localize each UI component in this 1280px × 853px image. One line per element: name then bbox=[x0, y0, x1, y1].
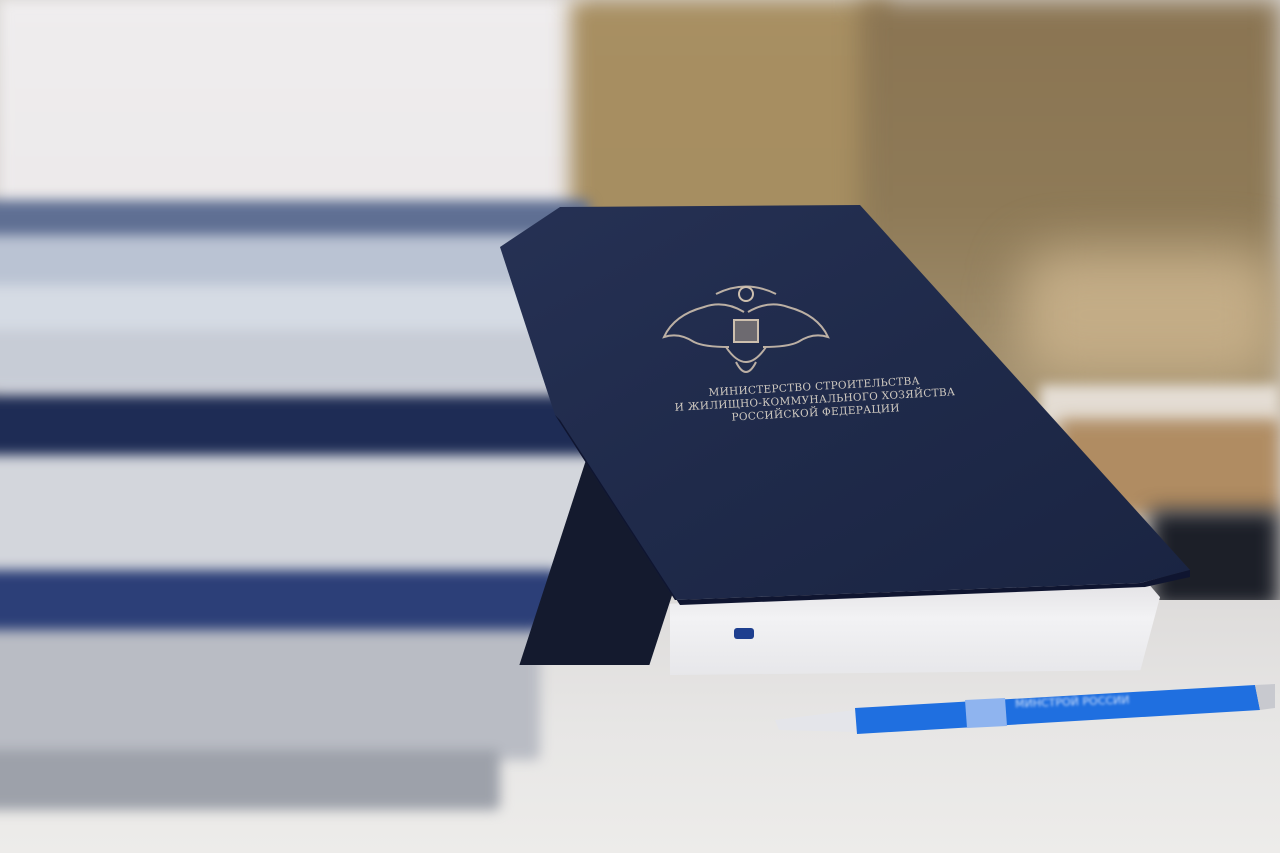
double-headed-eagle-emblem bbox=[656, 282, 836, 382]
notebook-bookmark bbox=[734, 628, 754, 639]
ministry-notebook[interactable] bbox=[500, 205, 1200, 675]
